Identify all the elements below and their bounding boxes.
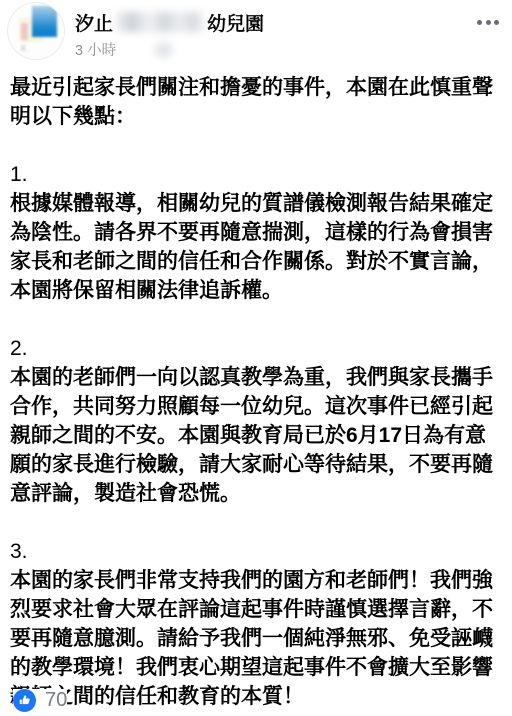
more-options-button[interactable] — [465, 10, 499, 34]
facebook-post: K 汐止幼兒園 3 小時 最近引起家長們關注和擔憂的事件，本園在此慎重聲明以下幾… — [0, 0, 512, 716]
post-content: 最近引起家長們關注和擔憂的事件，本園在此慎重聲明以下幾點： 1. 根據媒體報導，… — [0, 64, 512, 711]
section-2-text: 本園的老師們一向以認真教學為重，我們與家長攜手合作，共同努力照顧每一位幼兒。這次… — [10, 366, 493, 505]
post-intro-text: 最近引起家長們關注和擔憂的事件，本園在此慎重聲明以下幾點： — [10, 76, 493, 128]
page-name[interactable]: 汐止幼兒園 — [75, 12, 264, 37]
section-3-number: 3. — [10, 537, 502, 566]
like-count: 70 — [45, 689, 67, 712]
page-avatar[interactable]: K — [7, 2, 65, 60]
avatar-pink-shape — [21, 23, 28, 40]
redacted-name-blur — [116, 12, 204, 32]
ellipsis-icon — [477, 20, 482, 25]
header-text: 汐止幼兒園 3 小時 — [75, 2, 264, 60]
post-meta: 3 小時 — [75, 39, 264, 60]
section-1-text: 根據媒體報導，相關幼兒的質譜儀檢測報告結果確定為陰性。請各界不要再隨意揣測，這樣… — [10, 192, 493, 302]
thumbs-up-icon[interactable] — [13, 689, 36, 712]
post-section-1: 1. 根據媒體報導，相關幼兒的質譜儀檢測報告結果確定為陰性。請各界不要再隨意揣測… — [10, 160, 502, 305]
post-header: K 汐止幼兒園 3 小時 — [0, 0, 512, 64]
post-section-2: 2. 本園的老師們一向以認真教學為重，我們與家長攜手合作，共同努力照顧每一位幼兒… — [10, 334, 502, 508]
page-name-prefix: 汐止 — [75, 14, 113, 35]
section-2-number: 2. — [10, 334, 502, 363]
ellipsis-icon — [494, 20, 499, 25]
post-timestamp[interactable]: 3 小時 — [75, 39, 116, 60]
post-section-3: 3. 本園的家長們非常支持我們的園方和老師們！我們強烈要求社會大眾在評論這起事件… — [10, 537, 502, 711]
ellipsis-icon — [486, 20, 491, 25]
section-3-text: 本園的家長們非常支持我們的園方和老師們！我們強烈要求社會大眾在評論這起事件時謹慎… — [10, 569, 493, 708]
page-name-suffix: 幼兒園 — [207, 14, 264, 35]
section-1-number: 1. — [10, 160, 502, 189]
avatar-watermark: K — [21, 44, 26, 53]
post-intro-paragraph: 最近引起家長們關注和擔憂的事件，本園在此慎重聲明以下幾點： — [10, 73, 502, 131]
avatar-blue-shape — [32, 6, 57, 37]
reactions-bar[interactable]: 70 — [13, 689, 67, 712]
redacted-privacy-icon-blur — [154, 42, 173, 58]
